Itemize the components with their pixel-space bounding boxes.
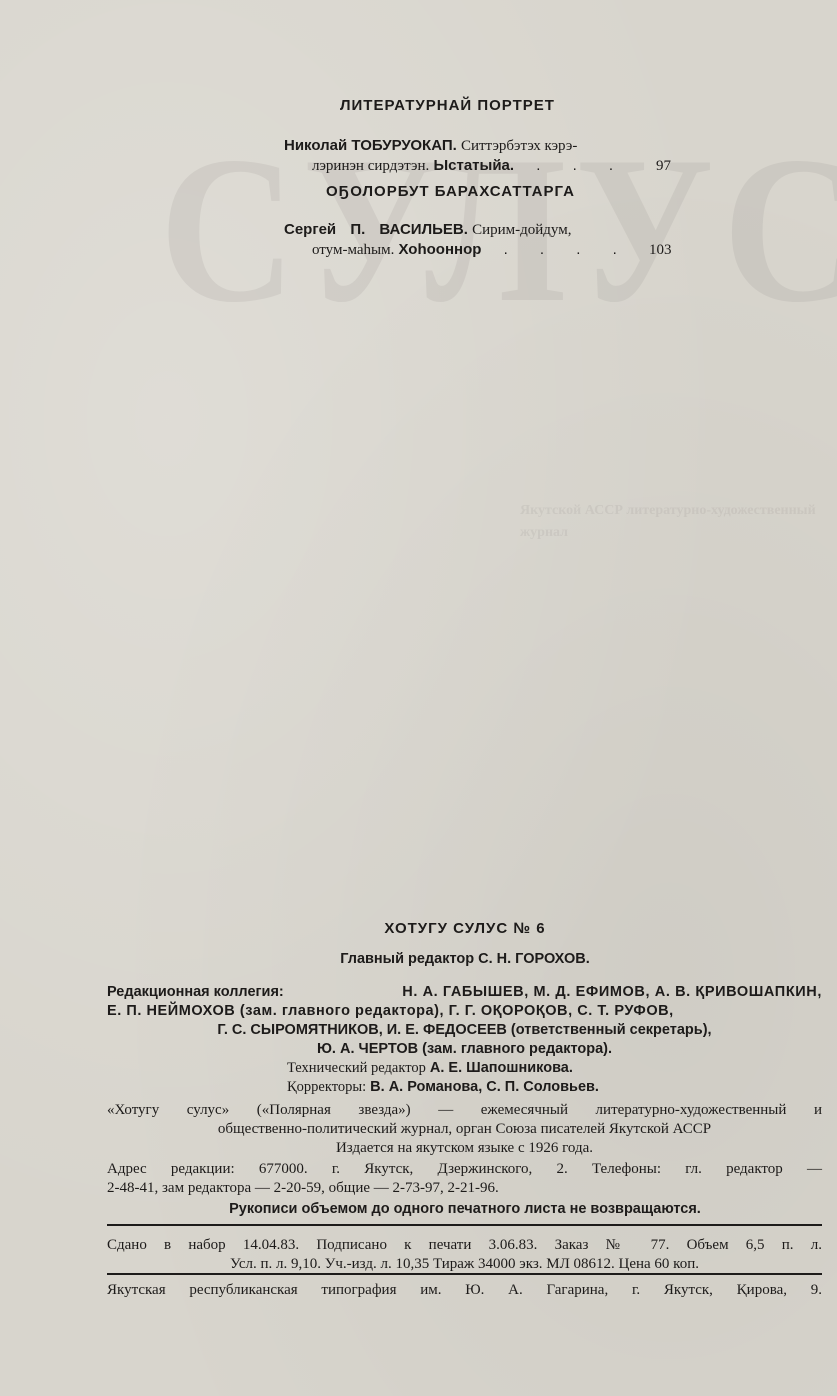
- proofreaders: Қорректоры: В. А. Романова, С. П. Соловь…: [287, 1078, 599, 1097]
- chief-editor-label: Главный редактор: [340, 951, 474, 967]
- print-info-line: Сдано в набор 14.04.83. Подписано к печа…: [107, 1236, 822, 1255]
- proofreaders-names: В. А. Романова, С. П. Соловьев.: [370, 1079, 599, 1095]
- toc-entry: Николай ТОБУРУОКАП. Ситтэрбэтэх кэрэ- лэ…: [284, 136, 694, 176]
- proofreaders-label: Қорректоры:: [287, 1079, 366, 1095]
- toc-entry-title: Ситтэрбэтэх кэрэ-: [461, 138, 577, 154]
- chief-editor: Главный редактор С. Н. ГОРОХОВ.: [107, 951, 823, 967]
- printer-info: Якутская республиканская типография им. …: [107, 1281, 822, 1300]
- toc-entry-title-cont: отум-маһым.: [312, 242, 394, 258]
- technical-editor: Технический редактор А. Е. Шапошникова.: [287, 1059, 573, 1078]
- show-through-text: Якутской АССР литературно-художественный…: [520, 500, 820, 544]
- chief-editor-name: С. Н. ГОРОХОВ.: [478, 951, 590, 967]
- magazine-title: ХОТУГУ СУЛУС № 6: [107, 920, 823, 937]
- toc-entry-title-cont: лэринэн сирдэтэн.: [312, 158, 429, 174]
- toc-entry-line2: отум-маһым. Хоһооннор . . . .: [284, 240, 694, 260]
- editorial-board: Редакционная коллегия: Н. А. ГАБЫШЕВ, М.…: [107, 983, 822, 1059]
- manuscripts-note: Рукописи объемом до одного печатного лис…: [107, 1201, 823, 1217]
- toc-entry-author: Сергей П. ВАСИЛЬЕВ.: [284, 221, 468, 238]
- technical-editor-name: А. Е. Шапошникова.: [430, 1060, 573, 1076]
- toc-section-heading: ЛИТЕРАТУРНАЙ ПОРТРЕТ: [340, 97, 555, 114]
- editorial-board-line: Г. С. СЫРОМЯТНИКОВ, И. Е. ФЕДОСЕЕВ (отве…: [107, 1021, 822, 1040]
- toc-leader-dots: . . . .: [504, 241, 631, 258]
- toc-page-number: 103: [649, 240, 672, 260]
- description-line: Издается на якутском языке с 1926 года.: [107, 1139, 822, 1158]
- toc-section-heading: ОҔОЛОРБУТ БАРАХСАТТАРГА: [326, 183, 575, 200]
- editorial-board-label: Редакционная коллегия:: [107, 983, 284, 1002]
- editorial-board-line: Ю. А. ЧЕРТОВ (зам. главного редактора).: [107, 1040, 822, 1059]
- toc-entry-line2: лэринэн сирдэтэн. Ыстатыйа. . . .: [284, 156, 694, 176]
- address-line: Адрес редакции: 677000. г. Якутск, Дзерж…: [107, 1160, 822, 1179]
- scanned-page: СУЛУС Якутской АССР литературно-художест…: [0, 0, 837, 1396]
- toc-entry: Сергей П. ВАСИЛЬЕВ. Сирим-дойдум, отум-м…: [284, 220, 694, 260]
- toc-entry-genre: Хоһооннор: [399, 241, 482, 258]
- toc-entry-line1: Николай ТОБУРУОКАП. Ситтэрбэтэх кэрэ-: [284, 136, 694, 156]
- toc-page-number: 97: [656, 156, 671, 176]
- magazine-description: «Хотугу сулус» («Полярная звезда») — еже…: [107, 1101, 822, 1158]
- address-line: 2-48-41, зам редактора — 2-20-59, общие …: [107, 1179, 822, 1198]
- print-info-line: Усл. п. л. 9,10. Уч.-изд. л. 10,35 Тираж…: [107, 1255, 822, 1274]
- description-line: «Хотугу сулус» («Полярная звезда») — еже…: [107, 1101, 822, 1120]
- divider: [107, 1224, 822, 1226]
- technical-editor-label: Технический редактор: [287, 1060, 426, 1076]
- print-info: Сдано в набор 14.04.83. Подписано к печа…: [107, 1236, 822, 1274]
- divider: [107, 1273, 822, 1275]
- toc-entry-title: Сирим-дойдум,: [472, 222, 571, 238]
- editorial-board-line: Редакционная коллегия: Н. А. ГАБЫШЕВ, М.…: [107, 983, 822, 1002]
- editorial-board-names: Н. А. ГАБЫШЕВ, М. Д. ЕФИМОВ, А. В. ҚРИВО…: [290, 983, 822, 1002]
- toc-entry-genre: Ыстатыйа.: [433, 157, 514, 174]
- description-line: общественно-политический журнал, орган С…: [107, 1120, 822, 1139]
- toc-entry-author: Николай ТОБУРУОКАП.: [284, 137, 457, 154]
- editorial-board-line: Е. П. НЕЙМОХОВ (зам. главного редактора)…: [107, 1002, 822, 1021]
- toc-leader-dots: . . .: [536, 157, 627, 174]
- toc-entry-line1: Сергей П. ВАСИЛЬЕВ. Сирим-дойдум,: [284, 220, 694, 240]
- editorial-address: Адрес редакции: 677000. г. Якутск, Дзерж…: [107, 1160, 822, 1198]
